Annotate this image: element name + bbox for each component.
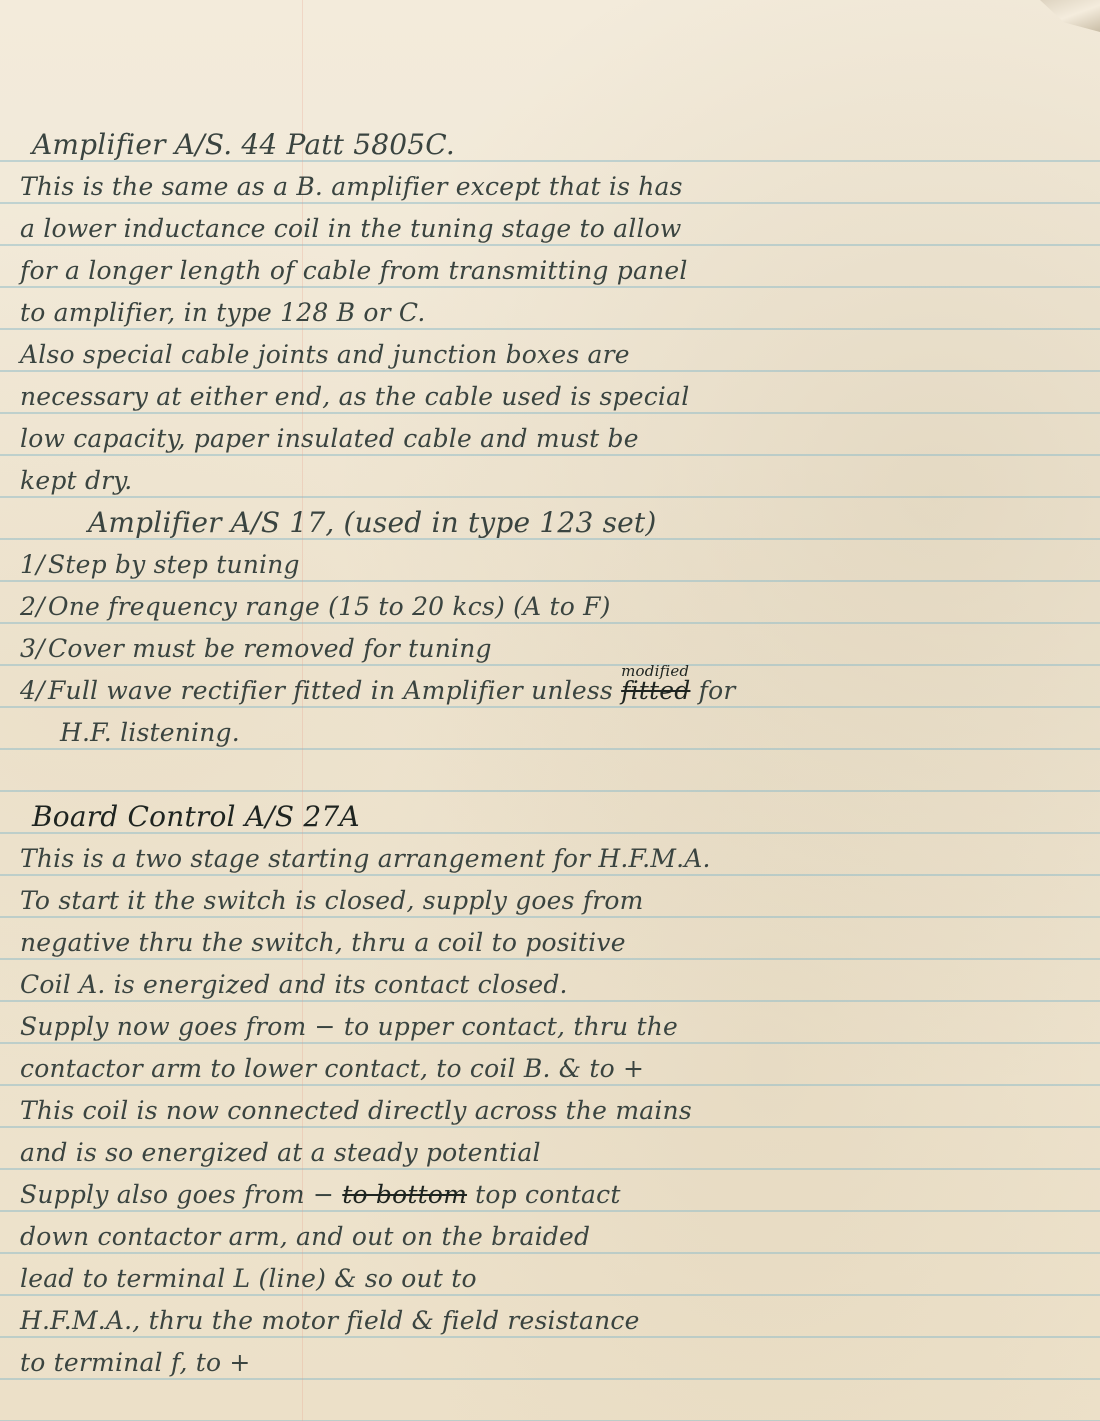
item-number: 1/ bbox=[20, 544, 48, 586]
text-line: down contactor arm, and out on the braid… bbox=[20, 1216, 1080, 1258]
text-line: a lower inductance coil in the tuning st… bbox=[20, 208, 1080, 250]
spacer bbox=[20, 754, 1080, 796]
struck-word: fitted bbox=[621, 676, 690, 705]
item-text: Step by step tuning bbox=[48, 550, 300, 579]
text-line: to amplifier, in type 128 B or C. bbox=[20, 292, 1080, 334]
text-line: This is the same as a B. amplifier excep… bbox=[20, 166, 1080, 208]
item-text: Full wave rectifier fitted in Amplifier … bbox=[48, 676, 613, 705]
line-end: top contact bbox=[475, 1180, 620, 1209]
text-line: contactor arm to lower contact, to coil … bbox=[20, 1048, 1080, 1090]
item-number: 3/ bbox=[20, 628, 48, 670]
inserted-word: modified bbox=[621, 664, 689, 679]
item-number: 4/ bbox=[20, 670, 48, 712]
list-item: 2/One frequency range (15 to 20 kcs) (A … bbox=[20, 586, 1080, 628]
folded-corner bbox=[1040, 0, 1100, 32]
text-line: kept dry. bbox=[20, 460, 1080, 502]
section-heading: Board Control A/S 27A bbox=[20, 796, 1080, 838]
text-line: Coil A. is energized and its contact clo… bbox=[20, 964, 1080, 1006]
correction: modifiedfitted bbox=[621, 670, 690, 712]
section-heading: Amplifier A/S 17, (used in type 123 set) bbox=[20, 502, 1080, 544]
text-line: Also special cable joints and junction b… bbox=[20, 334, 1080, 376]
text-line: H.F.M.A., thru the motor field & field r… bbox=[20, 1300, 1080, 1342]
text-line: low capacity, paper insulated cable and … bbox=[20, 418, 1080, 460]
section-heading: Amplifier A/S. 44 Patt 5805C. bbox=[20, 124, 1080, 166]
text-line-with-strikethrough: Supply also goes from − to bottom top co… bbox=[20, 1174, 1080, 1216]
list-item-continuation: H.F. listening. bbox=[20, 712, 1080, 754]
text-line: This is a two stage starting arrangement… bbox=[20, 838, 1080, 880]
text-line: lead to terminal L (line) & so out to bbox=[20, 1258, 1080, 1300]
text-line: necessary at either end, as the cable us… bbox=[20, 376, 1080, 418]
struck-text: to bottom bbox=[342, 1180, 467, 1209]
text-line: negative thru the switch, thru a coil to… bbox=[20, 922, 1080, 964]
line-start: Supply also goes from − bbox=[20, 1180, 334, 1209]
handwritten-notes: Amplifier A/S. 44 Patt 5805C. This is th… bbox=[20, 124, 1080, 1384]
item-text-end: for bbox=[699, 676, 736, 705]
list-item: 4/Full wave rectifier fitted in Amplifie… bbox=[20, 670, 1080, 712]
item-text: One frequency range (15 to 20 kcs) (A to… bbox=[48, 592, 611, 621]
list-item: 3/Cover must be removed for tuning bbox=[20, 628, 1080, 670]
text-line: This coil is now connected directly acro… bbox=[20, 1090, 1080, 1132]
text-line: to terminal f, to + bbox=[20, 1342, 1080, 1384]
notebook-page: Amplifier A/S. 44 Patt 5805C. This is th… bbox=[0, 0, 1100, 1421]
item-number: 2/ bbox=[20, 586, 48, 628]
text-line: and is so energized at a steady potentia… bbox=[20, 1132, 1080, 1174]
list-item: 1/Step by step tuning bbox=[20, 544, 1080, 586]
text-line: for a longer length of cable from transm… bbox=[20, 250, 1080, 292]
item-text: Cover must be removed for tuning bbox=[48, 634, 492, 663]
text-line: To start it the switch is closed, supply… bbox=[20, 880, 1080, 922]
text-line: Supply now goes from − to upper contact,… bbox=[20, 1006, 1080, 1048]
